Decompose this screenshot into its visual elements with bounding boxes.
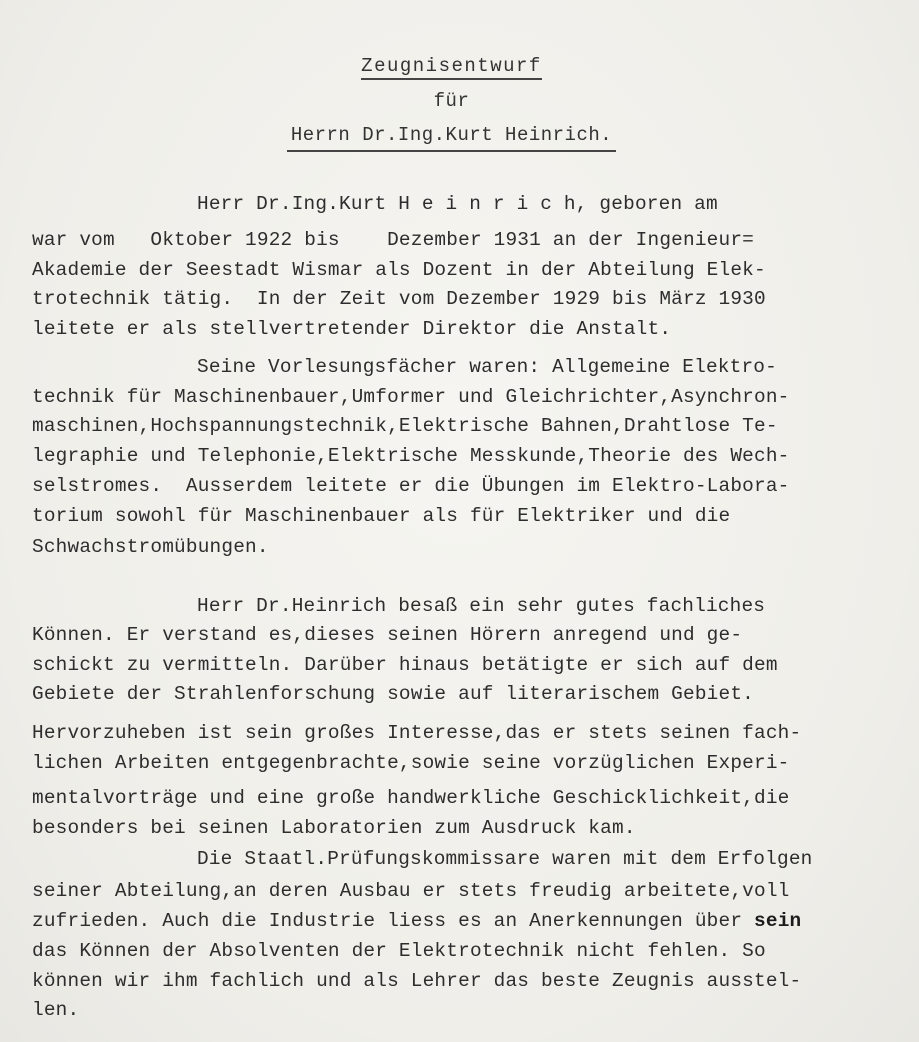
- paragraph-3-line-8: besonders bei seinen Laboratorien zum Au…: [32, 817, 636, 839]
- paragraph-1-line-5: leitete er als stellvertretender Direkto…: [32, 318, 671, 340]
- struck-out-word: sein: [754, 910, 801, 932]
- paragraph-3-line-6: lichen Arbeiten entgegenbrachte,sowie se…: [32, 752, 790, 774]
- paragraph-3-line-2: Können. Er verstand es,dieses seinen Hör…: [32, 624, 742, 646]
- paragraph-3-line-7: mentalvorträge und eine große handwerkli…: [32, 787, 790, 809]
- document-page: Zeugnisentwurf für Herrn Dr.Ing.Kurt Hei…: [0, 0, 919, 1042]
- paragraph-2-line-1: Seine Vorlesungsfächer waren: Allgemeine…: [197, 356, 777, 378]
- paragraph-3-line-4: Gebiete der Strahlenforschung sowie auf …: [32, 683, 754, 705]
- paragraph-3-line-1: Herr Dr.Heinrich besaß ein sehr gutes fa…: [197, 595, 765, 617]
- paragraph-1-line-1: Herr Dr.Ing.Kurt H e i n r i c h, gebore…: [197, 193, 718, 215]
- paragraph-2-line-2: technik für Maschinenbauer,Umformer und …: [32, 386, 790, 408]
- paragraph-2-line-4: legraphie und Telephonie,Elektrische Mes…: [32, 445, 790, 467]
- recipient-name: Herrn Dr.Ing.Kurt Heinrich.: [287, 124, 616, 152]
- paragraph-4-line-5: können wir ihm fachlich und als Lehrer d…: [32, 970, 801, 992]
- paragraph-4-line-3: zufrieden. Auch die Industrie liess es a…: [32, 910, 801, 932]
- title-preposition: für: [0, 90, 911, 112]
- paragraph-4-line-4: das Können der Absolventen der Elektrote…: [32, 940, 766, 962]
- paragraph-4-line-6: len.: [32, 999, 79, 1021]
- paragraph-2-line-6: torium sowohl für Maschinenbauer als für…: [32, 505, 730, 527]
- paragraph-2-line-3: maschinen,Hochspannungstechnik,Elektrisc…: [32, 415, 778, 437]
- paragraph-4-line-2: seiner Abteilung,an deren Ausbau er stet…: [32, 880, 790, 902]
- paragraph-1-line-4: trotechnik tätig. In der Zeit vom Dezemb…: [32, 288, 766, 310]
- paragraph-3-line-5: Hervorzuheben ist sein großes Interesse,…: [32, 722, 801, 744]
- paragraph-2-line-7: Schwachstromübungen.: [32, 536, 269, 558]
- paragraph-3-line-3: schickt zu vermitteln. Darüber hinaus be…: [32, 654, 778, 676]
- paragraph-1-line-3: Akademie der Seestadt Wismar als Dozent …: [32, 259, 766, 281]
- document-title-text: Zeugnisentwurf: [361, 55, 542, 80]
- paragraph-2-line-5: selstromes. Ausserdem leitete er die Übu…: [32, 475, 790, 497]
- document-title: Zeugnisentwurf: [0, 55, 911, 77]
- paragraph-4-line-1: Die Staatl.Prüfungskommissare waren mit …: [197, 848, 813, 870]
- paragraph-1-line-2: war vom Oktober 1922 bis Dezember 1931 a…: [32, 229, 754, 251]
- recipient-heading: Herrn Dr.Ing.Kurt Heinrich.: [0, 124, 911, 146]
